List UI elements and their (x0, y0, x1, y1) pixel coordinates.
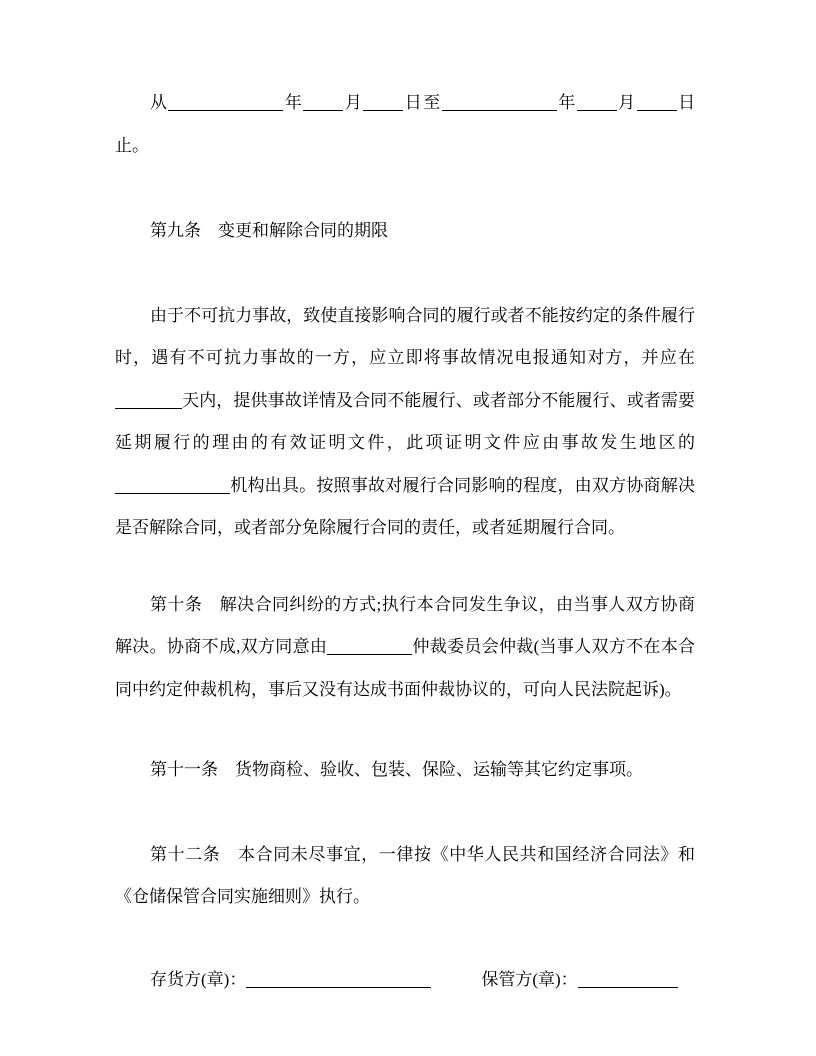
blank-end-year[interactable] (442, 93, 557, 111)
blank-depositor-seal[interactable] (246, 970, 431, 988)
article-9-text-2: 天内，提供事故详情及合同不能履行、或者部分不能履行、或者需要延期履行的理由的有效… (115, 391, 695, 453)
blank-arbitration-commission[interactable] (327, 637, 412, 655)
term-dates-line: 从年月日至年月日止。 (115, 82, 695, 167)
blank-start-year[interactable] (168, 93, 283, 111)
blank-custodian-seal[interactable] (578, 970, 678, 988)
blank-notify-days[interactable] (115, 391, 182, 409)
article-10-body: 第十条 解决合同纠纷的方式;执行本合同发生争议，由当事人双方协商解决。协商不成,… (115, 584, 695, 712)
article-12-body: 第十二条 本合同未尽事宜，一律按《中华人民共和国经济合同法》和《仓储保管合同实施… (115, 834, 695, 919)
term-month1-text: 月 (343, 93, 363, 112)
document-page: 从年月日至年月日止。 第九条 变更和解除合同的期限 由于不可抗力事故，致使直接影… (0, 0, 816, 1056)
custodian-seal-label: 保管方(章)： (481, 970, 577, 989)
article-9-text-1: 由于不可抗力事故，致使直接影响合同的履行或者不能按约定的条件履行时，遇有不可抗力… (115, 306, 695, 368)
article-9-heading: 第九条 变更和解除合同的期限 (115, 210, 695, 253)
blank-start-day[interactable] (363, 93, 403, 111)
article-9-body: 由于不可抗力事故，致使直接影响合同的履行或者不能按约定的条件履行时，遇有不可抗力… (115, 295, 695, 550)
term-from-text: 从 (150, 93, 168, 112)
term-year2-text: 年 (557, 93, 577, 112)
article-11-heading: 第十一条 货物商检、验收、包装、保险、运输等其它约定事项。 (115, 749, 695, 792)
blank-certifying-authority[interactable] (115, 476, 230, 494)
term-day-to-text: 日至 (403, 93, 441, 112)
depositor-seal-label: 存货方(章)： (150, 970, 246, 989)
term-year1-text: 年 (283, 93, 303, 112)
term-month2-text: 月 (617, 93, 637, 112)
blank-start-month[interactable] (303, 93, 343, 111)
blank-end-month[interactable] (577, 93, 617, 111)
signature-line: 存货方(章)：保管方(章)： (115, 959, 695, 1002)
blank-end-day[interactable] (637, 93, 677, 111)
